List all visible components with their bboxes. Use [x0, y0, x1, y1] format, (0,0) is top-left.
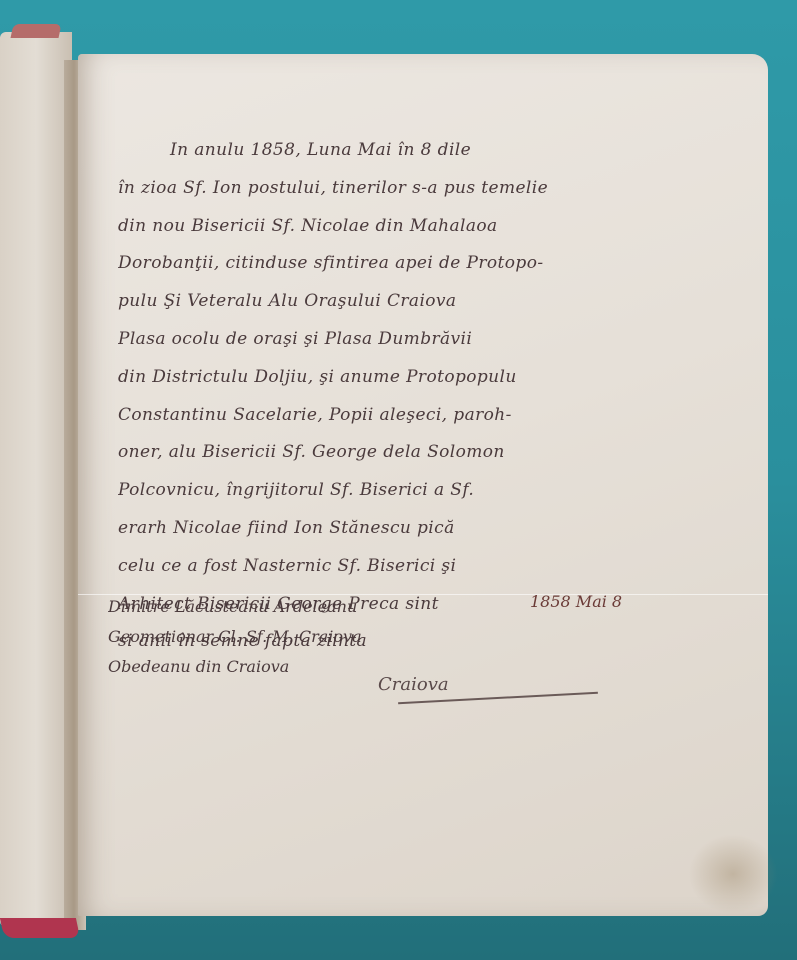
book-cover-bottom-corner	[0, 918, 80, 938]
paper-stain	[688, 834, 778, 914]
manuscript-line: oner, alu Bisericii Sf. George dela Solo…	[118, 434, 758, 472]
signature-line: Geometionar Cl. Sf. M. Craiova	[108, 622, 758, 652]
left-page-edge	[0, 32, 72, 927]
manuscript-line: Dorobanţii, citinduse sfintirea apei de …	[118, 245, 758, 283]
signature-block: 1858 Mai 8 Dimitre Lăcusteanu Ardeleanu …	[108, 592, 758, 682]
manuscript-line: Constantinu Sacelarie, Popii aleşeci, pa…	[118, 397, 758, 435]
manuscript-line: erarh Nicolae fiind Ion Stănescu pică	[118, 510, 758, 548]
date-annotation: 1858 Mai 8	[530, 592, 622, 611]
book-cover-top-corner	[11, 24, 62, 38]
manuscript-text: In anulu 1858, Luna Mai în 8 dile în zio…	[118, 132, 758, 661]
manuscript-line: pulu Şi Veteralu Alu Oraşului Craiova	[118, 283, 758, 321]
manuscript-line: Plasa ocolu de oraşi şi Plasa Dumbrăvii	[118, 321, 758, 359]
manuscript-line: din Districtulu Doljiu, şi anume Protopo…	[118, 359, 758, 397]
manuscript-line: Polcovnicu, îngrijitorul Sf. Biserici a …	[118, 472, 758, 510]
manuscript-line: celu ce a fost Nasternic Sf. Biserici şi	[118, 548, 758, 586]
manuscript-line: In anulu 1858, Luna Mai în 8 dile	[118, 132, 758, 170]
manuscript-line: din nou Bisericii Sf. Nicolae din Mahala…	[118, 208, 758, 246]
manuscript-page: In anulu 1858, Luna Mai în 8 dile în zio…	[78, 54, 768, 916]
signature-line: Dimitre Lăcusteanu Ardeleanu	[108, 592, 758, 622]
signature: Craiova	[378, 674, 449, 695]
manuscript-line: în zioa Sf. Ion postului, tinerilor s-a …	[118, 170, 758, 208]
